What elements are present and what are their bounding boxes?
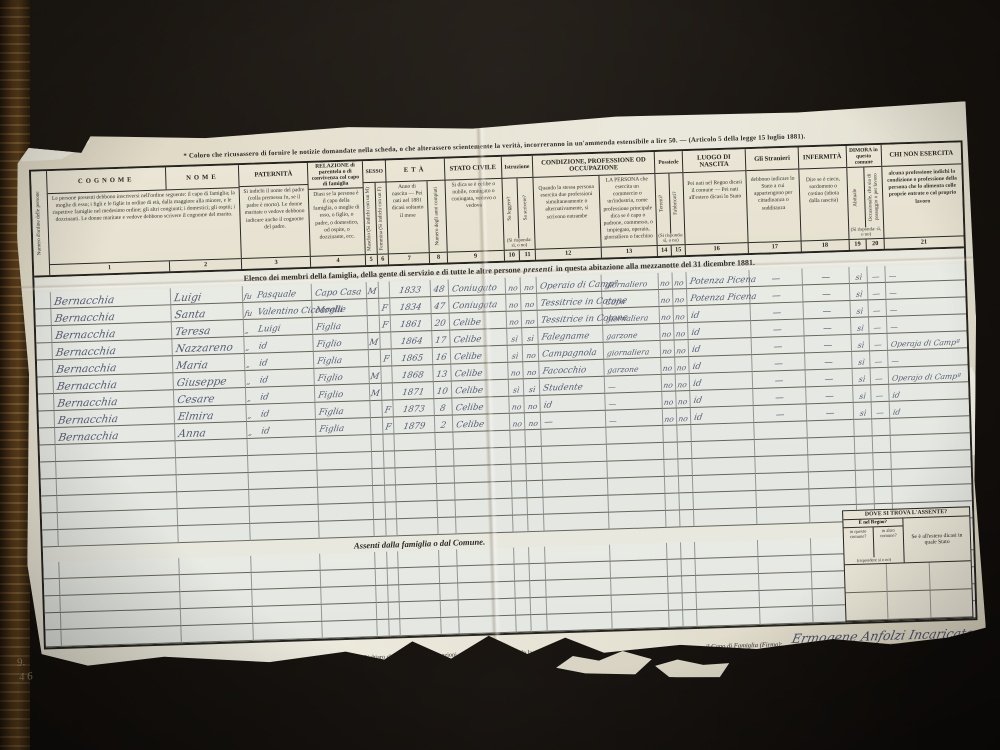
cell-infermita: — (802, 267, 850, 285)
cell-stato-civile: Celibe (450, 329, 507, 348)
cell-professione: Facocchio (539, 360, 605, 379)
cell-sesso-m (368, 316, 380, 333)
cell-sa-scrivere: no (521, 294, 537, 311)
cell-infermita: — (807, 403, 855, 421)
cell-terreni: no (660, 324, 674, 341)
cell-anni-compiuti (440, 583, 458, 601)
cell-terreni (665, 493, 679, 510)
cell-sesso-f (380, 332, 392, 349)
cell-sa-leggere: no (509, 396, 525, 413)
cell-sesso-m (369, 350, 381, 367)
cell-paternita: „id (247, 420, 316, 439)
cell-stato-civile (459, 616, 516, 635)
col-num-18: 18 (802, 240, 849, 251)
cell-sa-leggere (512, 498, 528, 515)
cell-professione (547, 613, 613, 632)
cell-anni-compiuti: 20 (432, 314, 450, 332)
cell-infermita (808, 437, 856, 455)
cell-paternita: „id (247, 403, 316, 422)
anno-nascita-label: Anno di nascita — Pei nati nel 1881 dica… (387, 181, 429, 253)
cell-fabbricati (681, 559, 695, 576)
cell-stranieri (756, 489, 810, 508)
cell-professione (544, 513, 610, 532)
cell-sa-leggere: no (506, 294, 522, 311)
cell-paternita: fuValentino Ciccarelli (244, 301, 313, 320)
cell-fabbricati: no (673, 289, 687, 306)
cell-sesso-m (377, 620, 389, 637)
terreni-label: Terreni? (659, 195, 666, 212)
cell-relazione: Figlio (313, 333, 368, 352)
cell-fabbricati (679, 493, 693, 510)
cell-stranieri: — (750, 285, 804, 304)
cell-stato-civile (455, 482, 512, 501)
cell-professione: Tessitrice in Cotone (537, 292, 603, 311)
cell-numero (37, 360, 53, 377)
cell-sesso-m (374, 520, 386, 537)
cell-dimora-abituale (855, 436, 873, 454)
cell-numero (41, 496, 57, 513)
cell-sesso-m (372, 469, 384, 486)
cell-anno-nascita (395, 450, 436, 468)
cell-dimora-occasionale: — (869, 317, 887, 335)
cell-sesso-f (384, 451, 396, 468)
cell-luogo-nascita (696, 574, 760, 593)
cell-infermita (809, 471, 857, 489)
cell-la-persona (609, 511, 666, 530)
cell-dimora-occasionale (874, 487, 892, 505)
col-num-19: 19 (849, 239, 866, 250)
cell-numero (35, 309, 51, 326)
photo-of-census-sheet: { "warning": "* Coloro che ricusassero d… (0, 0, 1000, 750)
cell-sesso-f (378, 281, 390, 298)
cell-relazione (320, 552, 375, 571)
cell-stato-civile: Coniugata (449, 295, 506, 314)
cell-anno-nascita (397, 501, 438, 519)
cell-dimora-occasionale: — (871, 368, 889, 386)
cell-sa-leggere: no (508, 362, 524, 379)
elenco-presenti: presenti (523, 264, 553, 274)
cell-anno-nascita: 1864 (391, 331, 432, 349)
cell-numero (43, 562, 59, 579)
cell-numero (36, 343, 52, 360)
cell-stranieri: — (752, 336, 806, 355)
cell-dimora-occasionale: — (868, 283, 886, 301)
cell-la-persona (611, 577, 668, 596)
cell-relazione (322, 603, 377, 622)
cell-terreni (663, 425, 677, 442)
census-sheet: * Coloro che ricusassero di fornire le n… (14, 101, 987, 673)
cell-stato-civile (454, 448, 511, 467)
cell-sa-leggere (513, 515, 529, 532)
cell-stranieri: — (753, 387, 807, 406)
col-num-7: 7 (389, 253, 429, 264)
cell-dimora-abituale: sì (852, 334, 870, 352)
col-istruzione: Istruzione Sa leggere? Sa scrivere? (Si … (501, 156, 536, 261)
cell-dimora-abituale: sì (850, 266, 868, 284)
cell-relazione: Figlia (314, 350, 369, 369)
col-nome-title: NOME (166, 165, 239, 189)
cell-anno-nascita: 1834 (390, 297, 431, 315)
cell-stato-civile: Celibe (451, 346, 508, 365)
cell-relazione: Figlia (313, 316, 368, 335)
cell-dimora-abituale (856, 470, 874, 488)
cell-stato-civile: Celibe (449, 312, 506, 331)
cell-stranieri (759, 572, 813, 591)
cell-infermita: — (804, 318, 852, 336)
cell-anno-nascita: 1861 (391, 314, 432, 332)
cell-numero (38, 394, 54, 411)
cell-fabbricati (678, 459, 692, 476)
cell-stato-civile: Coniugato (448, 278, 505, 297)
cell-stato-civile: Celibe (453, 414, 510, 433)
cell-sa-scrivere (526, 447, 542, 464)
cell-sesso-m (377, 603, 389, 620)
cell-fabbricati (679, 476, 693, 493)
col-num-12: 12 (536, 248, 601, 260)
cell-dimora-occasionale: — (867, 266, 885, 284)
cell-stranieri (754, 421, 808, 440)
cell-relazione (317, 435, 372, 454)
cell-luogo-nascita: id (689, 355, 753, 374)
cell-la-persona: giornaliera (604, 341, 661, 360)
dove-estero-label: Se è all'estero dicasi in quale Stato (903, 516, 970, 562)
cell-luogo-nascita: Potenza Picena (687, 287, 751, 306)
cell-professione (547, 596, 613, 615)
col-num-16: 16 (685, 243, 748, 255)
cell-infermita: — (805, 335, 853, 353)
cell-infermita: — (805, 352, 853, 370)
cell-sa-leggere: sì (507, 328, 523, 345)
cell-professione: Tessitrice in Cotone (538, 309, 604, 328)
cell-professione (544, 496, 610, 515)
cell-sa-leggere: no (505, 277, 521, 294)
cell-numero (37, 377, 53, 394)
cell-la-persona: — (605, 392, 662, 411)
cell-la-persona: giornaliera (603, 307, 660, 326)
cell-sesso-f (381, 383, 393, 400)
cell-infermita: — (803, 284, 851, 302)
cell-dimora-occasionale: — (871, 385, 889, 403)
cell-terreni (669, 610, 683, 627)
cell-terreni: no (659, 307, 673, 324)
cell-paternita: fuPasquale (243, 284, 312, 303)
cell-sa-leggere: no (506, 311, 522, 328)
cell-anni-compiuti (436, 432, 454, 450)
cell-sesso-f (381, 366, 393, 383)
cell-stranieri (756, 472, 810, 491)
col-sesso: SESSO Maschio (Si indichi con un M) Femm… (363, 160, 390, 265)
cell-sa-scrivere: no (525, 413, 541, 430)
cell-professione: Studente (540, 377, 606, 396)
cell-paternita (251, 554, 320, 573)
cell-terreni (667, 542, 681, 559)
cell-anno-nascita (396, 467, 437, 485)
anni-compiuti-label: Numero degli anni compiuti (433, 187, 441, 246)
cell-stato-civile: Celibe (452, 380, 509, 399)
cell-fabbricati: no (672, 272, 686, 289)
cell-sesso-m: M (370, 384, 382, 401)
col-luogo-nascita: LUOGO DI NASCITA Pei nati nel Regno dica… (683, 149, 749, 255)
cell-professione: Falegname (538, 326, 604, 345)
cell-relazione: Figlio (314, 367, 369, 386)
cell-terreni (664, 459, 678, 476)
cell-sa-leggere (515, 598, 531, 615)
cell-sa-leggere (514, 547, 530, 564)
cell-professione (541, 428, 607, 447)
cell-sesso-m (367, 299, 379, 316)
cell-stranieri (760, 589, 814, 608)
cell-luogo-nascita (697, 608, 761, 627)
cell-stranieri (755, 438, 809, 457)
cell-luogo-nascita: id (691, 406, 755, 425)
cell-anni-compiuti (440, 566, 458, 584)
cell-stranieri: — (754, 404, 808, 423)
cell-numero (44, 596, 60, 613)
cell-anni-compiuti (437, 483, 455, 501)
col-infermita: INFERMITÀ Dire se è cieco, sordomuto o c… (799, 146, 850, 251)
cell-terreni: no (659, 290, 673, 307)
cell-fabbricati: no (677, 408, 691, 425)
col-num-10: 10 (504, 250, 519, 260)
cell-sa-leggere: sì (507, 345, 523, 362)
col-possiede: Possiede Terreni? Fabbricati? (Si rispon… (655, 151, 686, 256)
cell-paternita (248, 437, 317, 456)
cell-relazione (321, 569, 376, 588)
cell-terreni (668, 576, 682, 593)
cell-dimora-abituale: sì (854, 402, 872, 420)
cell-sesso-f (383, 434, 395, 451)
cell-dimora-occasionale (873, 436, 891, 454)
cell-dimora-abituale: sì (851, 300, 869, 318)
dove-altro-comune: in altro comune? (873, 526, 903, 557)
cell-professione (543, 479, 609, 498)
cell-luogo-nascita: id (690, 389, 754, 408)
cell-terreni: no (662, 374, 676, 391)
cell-dimora-abituale (857, 487, 875, 505)
cell-anni-compiuti: 10 (434, 382, 452, 400)
cell-numero (42, 530, 58, 547)
cell-professione (546, 579, 612, 598)
cell-stato-civile (457, 548, 514, 567)
luogo-nascita-desc: Pei nati nel Regno dicasi il comune — Pe… (683, 171, 747, 244)
cell-professione: — (541, 411, 607, 430)
census-table: Numero d'ordine delle persone COGNOME NO… (29, 140, 978, 649)
cell-terreni: no (661, 340, 675, 357)
cell-infermita (809, 488, 857, 506)
cell-dimora-occasionale: — (869, 300, 887, 318)
cell-anno-nascita (395, 433, 436, 451)
cell-paternita: „id (246, 386, 315, 405)
cell-dimora-occasionale (874, 470, 892, 488)
cell-cognome (61, 626, 181, 647)
cell-sa-leggere (514, 564, 530, 581)
cell-relazione: Capo Casa (312, 282, 367, 301)
cell-stato-civile (458, 599, 515, 618)
cell-sesso-f: F (380, 349, 392, 366)
cell-terreni: no (663, 408, 677, 425)
cell-anno-nascita: 1871 (393, 382, 434, 400)
cell-anni-compiuti (441, 617, 459, 635)
cell-sesso-m (376, 569, 388, 586)
cell-fabbricati (682, 593, 696, 610)
dove-assente-box: DOVE SI TROVA L'ASSENTE? È nel Regno? in… (842, 506, 974, 622)
cell-sesso-m (375, 552, 387, 569)
cell-sa-scrivere (531, 615, 547, 632)
cell-anno-nascita (399, 567, 440, 585)
cell-relazione (317, 452, 372, 471)
cell-relazione (322, 620, 377, 639)
cell-terreni: no (661, 357, 675, 374)
cell-stato-civile (458, 582, 515, 601)
cell-professione (545, 545, 611, 564)
col-relazione: RELAZIONE di parentela o di convivenza c… (308, 161, 366, 267)
cell-anni-compiuti: 48 (431, 280, 449, 298)
cell-numero (45, 613, 61, 630)
cell-terreni (666, 510, 680, 527)
cell-sesso-f (386, 519, 398, 536)
paternita-desc: Si indichi il nome del padre (colla prem… (240, 185, 310, 258)
col-num-21: 21 (884, 236, 963, 248)
infermita-desc: Dire se è cieco, sordomuto o cretino (id… (799, 168, 848, 240)
cell-sa-leggere (516, 615, 532, 632)
cell-sa-leggere (510, 430, 526, 447)
cell-sesso-f: F (382, 400, 394, 417)
cell-sa-leggere (511, 481, 527, 498)
cell-sesso-f (385, 502, 397, 519)
cell-sa-scrivere (530, 564, 546, 581)
sa-leggere-label: Sa leggere? (507, 196, 514, 220)
cell-sesso-m (374, 503, 386, 520)
cell-stranieri (758, 538, 812, 557)
eta-title: ETÀ (386, 159, 444, 183)
col-chi-non-esercita: CHI NON ESERCITA alcuna professione indi… (881, 142, 963, 248)
cell-numero (44, 579, 60, 596)
cell-anno-nascita: 1873 (394, 399, 435, 417)
cell-numero (39, 411, 55, 428)
cell-sesso-m (371, 418, 383, 435)
col-num-20: 20 (866, 239, 884, 250)
col-num-13: 13 (600, 246, 657, 258)
cell-sa-scrivere (531, 598, 547, 615)
cell-fabbricati (680, 510, 694, 527)
numero-ordine-label: Numero d'ordine delle persone (36, 191, 44, 255)
cell-stato-civile: Celibe (451, 363, 508, 382)
cell-luogo-nascita (696, 591, 760, 610)
sesso-femmina-label: Femmina (Si indichi con un F) (378, 186, 386, 250)
cell-paternita (249, 471, 318, 490)
cell-stranieri: — (751, 302, 805, 321)
dove-questo-comune: in questo comune? (843, 527, 874, 558)
cell-anno-nascita (400, 601, 441, 619)
cell-sesso-f (385, 485, 397, 502)
cell-sa-scrivere: no (525, 396, 541, 413)
cell-sesso-m (371, 435, 383, 452)
cell-dimora-abituale: sì (853, 368, 871, 386)
cell-sa-leggere: sì (508, 379, 524, 396)
cell-sesso-m (376, 586, 388, 603)
cell-anni-compiuti: 2 (435, 416, 453, 434)
cell-relazione: Figlia (316, 401, 371, 420)
cell-sesso-f: F (379, 298, 391, 315)
cell-stranieri: — (749, 268, 803, 287)
cell-numero (35, 292, 51, 309)
cell-fabbricati: no (674, 340, 688, 357)
cell-sa-scrivere (529, 547, 545, 564)
cell-sa-scrivere (528, 498, 544, 515)
cell-luogo-nascita: id (689, 372, 753, 391)
col-num-8: 8 (429, 253, 447, 264)
cell-professione: Campagnola (539, 343, 605, 362)
cell-la-persona (608, 477, 665, 496)
cell-luogo-nascita (694, 508, 758, 527)
cell-terreni: no (662, 391, 676, 408)
sa-scrivere-label: Sa scrivere? (523, 195, 530, 220)
cell-anni-compiuti (436, 449, 454, 467)
cell-relazione: Moglie (312, 299, 367, 318)
dimora-title: DIMORA in questo comune (846, 145, 881, 168)
cell-luogo-nascita (693, 474, 757, 493)
cell-paternita: „id (245, 335, 314, 354)
cell-la-persona (612, 594, 669, 613)
cell-stranieri (755, 455, 809, 474)
cell-fabbricati (683, 610, 697, 627)
cell-anno-nascita: 1865 (392, 348, 433, 366)
fabbricati-label: Fabbricati? (673, 192, 680, 216)
cell-stato-civile (454, 465, 511, 484)
cell-professione: id (540, 394, 606, 413)
col-cognome-title: COGNOME (47, 167, 167, 193)
cell-terreni (668, 593, 682, 610)
stranieri-title: Gli Stranieri (746, 148, 799, 172)
cell-anni-compiuti: 17 (432, 331, 450, 349)
cell-anno-nascita: 1833 (390, 280, 431, 298)
cell-sesso-f: F (383, 417, 395, 434)
cell-fabbricati: no (676, 374, 690, 391)
cell-paternita: „id (245, 352, 314, 371)
col-paternita: PATERNITÀ Si indichi il nome del padre (… (239, 163, 311, 269)
col-condizione-professione: CONDIZIONE, PROFESSIONE OD OCCUPAZIONE Q… (533, 152, 658, 260)
cell-sa-leggere (515, 581, 531, 598)
cell-sa-scrivere: sì (524, 379, 540, 396)
col-num-14: 14 (658, 246, 671, 256)
cell-anni-compiuti (439, 549, 457, 567)
cell-paternita (250, 505, 319, 524)
cell-sa-scrivere (530, 581, 546, 598)
cell-relazione: Figlio (315, 384, 370, 403)
cell-infermita: — (806, 369, 854, 387)
chi-non-esercita-desc: alcuna professione indichi la condizione… (882, 164, 963, 237)
cell-infermita: — (806, 386, 854, 404)
cell-la-persona: garzone (604, 358, 661, 377)
col-num-17: 17 (749, 241, 801, 253)
cell-la-persona (607, 443, 664, 462)
cell-anno-nascita: 1879 (394, 416, 435, 434)
cell-sesso-m (372, 452, 384, 469)
cell-stato-civile (455, 499, 512, 518)
cell-dimora-occasionale (873, 453, 891, 471)
cell-relazione (318, 469, 373, 488)
cell-stato-civile (456, 516, 513, 535)
cell-numero (41, 479, 57, 496)
cell-numero (36, 326, 52, 343)
cell-luogo-nascita (692, 457, 756, 476)
cell-fabbricati: no (674, 323, 688, 340)
cell-anni-compiuti: 13 (433, 365, 451, 383)
cell-sa-scrivere (526, 430, 542, 447)
cell-anno-nascita (399, 584, 440, 602)
cell-la-persona (608, 460, 665, 479)
cell-terreni: no (658, 273, 672, 290)
